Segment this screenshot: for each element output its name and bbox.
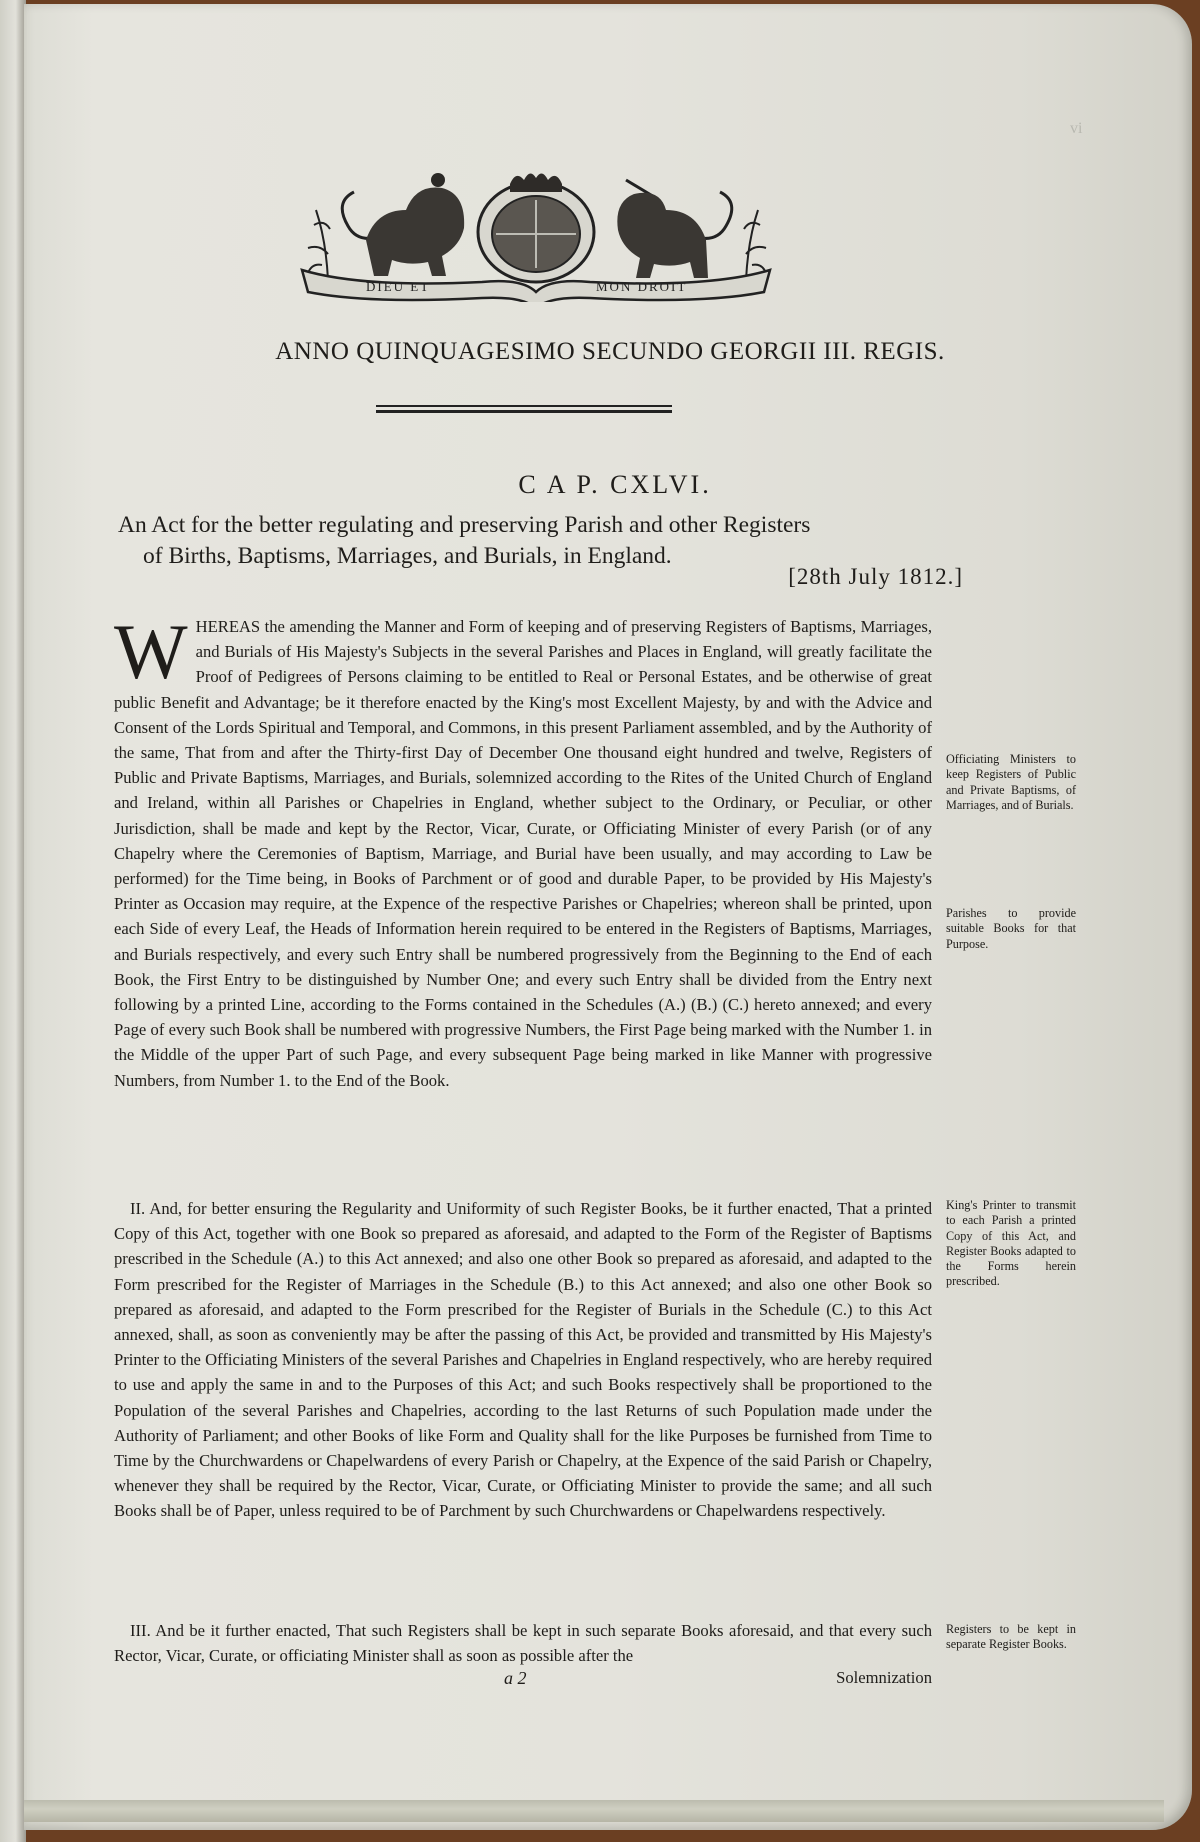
royal-coat-of-arms-icon: DIEU ET MON DROIT	[296, 170, 776, 302]
margin-note-ministers: Officiating Ministers to keep Registers …	[946, 752, 1076, 813]
motto-left: DIEU ET	[366, 279, 430, 294]
act-title: An Act for the better regulating and pre…	[118, 510, 938, 572]
book-spine-edge	[0, 0, 26, 1842]
chapter-number: C A P. CXLVI.	[0, 470, 1200, 500]
margin-note-separate-books: Registers to be kept in separate Registe…	[946, 1622, 1076, 1653]
act-title-line-1: An Act for the better regulating and pre…	[118, 512, 810, 538]
section-1-paragraph: W HEREAS the amending the Manner and For…	[114, 614, 932, 1093]
corner-page-mark: vi	[1070, 120, 1082, 138]
motto-right: MON DROIT	[596, 279, 687, 294]
regnal-year-heading: ANNO QUINQUAGESIMO SECUNDO GEORGII III. …	[0, 338, 1200, 366]
double-rule-divider	[376, 405, 672, 413]
catchword: Solemnization	[836, 1668, 932, 1688]
section-2-paragraph: II. And, for better ensuring the Regular…	[114, 1196, 932, 1524]
section-3-paragraph: III. And be it further enacted, That suc…	[114, 1618, 932, 1668]
section-1-text: HEREAS the amending the Manner and Form …	[114, 617, 932, 1090]
margin-note-kings-printer: King's Printer to transmit to each Paris…	[946, 1198, 1076, 1290]
page-stack-edge	[24, 1800, 1164, 1822]
margin-note-parishes-books: Parishes to provide suitable Books for t…	[946, 906, 1076, 952]
act-date: [28th July 1812.]	[788, 564, 963, 590]
drop-cap: W	[114, 620, 188, 684]
signature-mark: a 2	[504, 1668, 527, 1689]
